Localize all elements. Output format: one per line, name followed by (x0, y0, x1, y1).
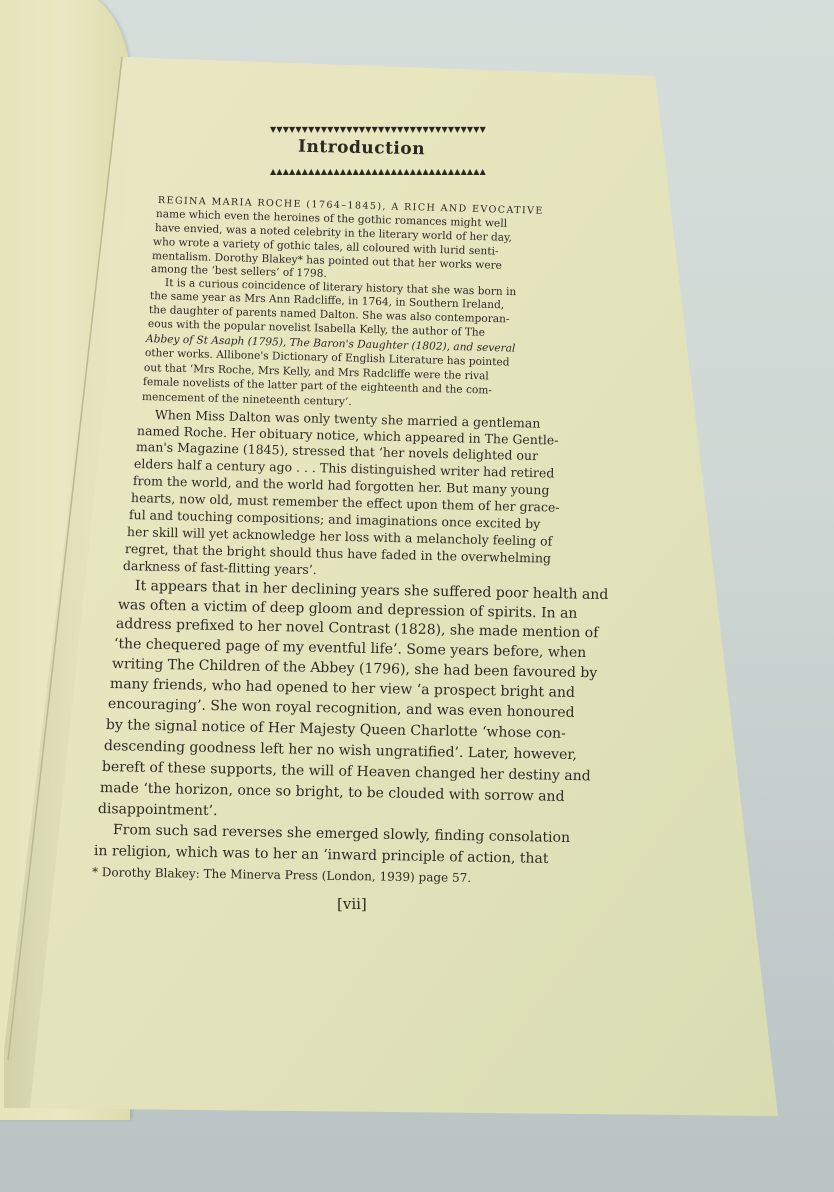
footnote: * Dorothy Blakey: The Minerva Press (Lon… (92, 865, 471, 885)
text-line: From such sad reverses she emerged slowl… (113, 822, 570, 846)
text-line: in religion, which was to her an ‘inward… (94, 843, 549, 867)
text-line: encouraging’. She won royal recognition,… (108, 696, 575, 721)
text-line: made ‘the horizon, once so bright, to be… (100, 780, 565, 805)
text-line: descending goodness left her no wish ung… (104, 738, 577, 763)
page-number: [vii] (337, 895, 367, 913)
text-line: by the signal notice of Her Majesty Quee… (106, 717, 566, 742)
text-line: disappointment’. (98, 801, 218, 819)
ornament-bottom: ▲▲▲▲▲▲▲▲▲▲▲▲▲▲▲▲▲▲▲▲▲▲▲▲▲▲▲▲▲▲▲▲▲▲ (270, 168, 486, 176)
text-line: mencement of the nineteenth century’. (142, 391, 352, 408)
ornament-top: ▼▼▼▼▼▼▼▼▼▼▼▼▼▼▼▼▼▼▼▼▼▼▼▼▼▼▼▼▼▼▼▼▼▼ (270, 126, 486, 134)
page-content: ▼▼▼▼▼▼▼▼▼▼▼▼▼▼▼▼▼▼▼▼▼▼▼▼▼▼▼▼▼▼▼▼▼▼ Intro… (0, 0, 834, 1192)
page-title: Introduction (298, 137, 425, 160)
text-line: darkness of fast-flitting years’. (123, 558, 317, 577)
